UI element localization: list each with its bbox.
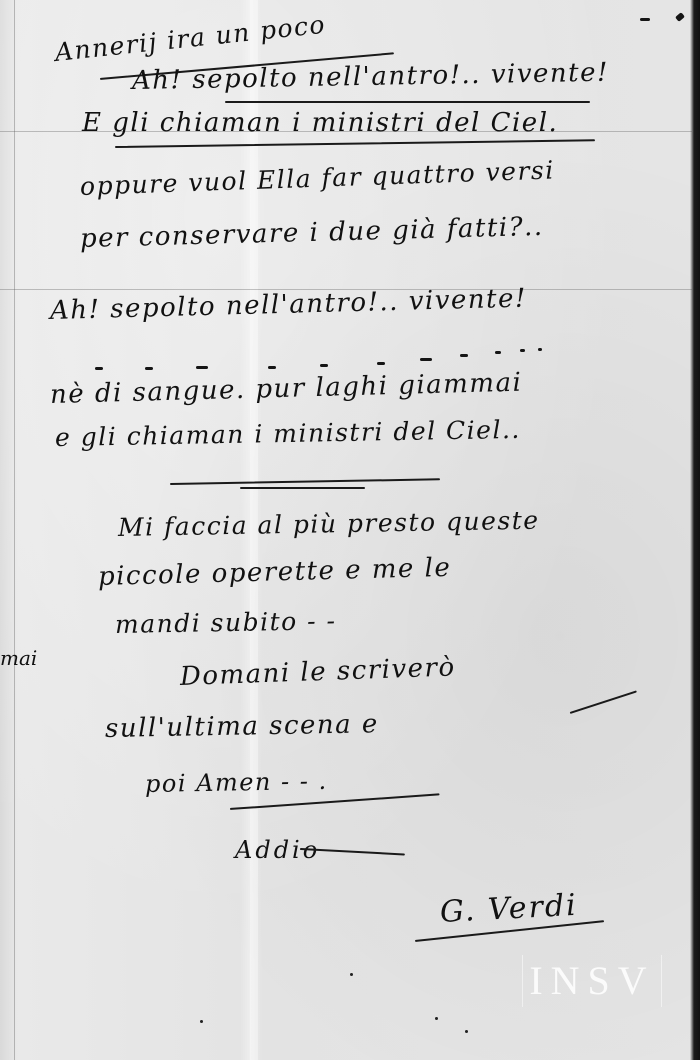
letter-page: Annerij ira un poco Ah! sepolto nell'ant… — [0, 0, 700, 1060]
underline — [240, 487, 365, 489]
ink-speck — [435, 1017, 438, 1020]
ink-dash — [377, 362, 385, 365]
ink-dash — [520, 349, 525, 352]
text-line-2: Ah! sepolto nell'antro!.. vivente! — [132, 58, 609, 96]
ink-dash — [495, 351, 501, 354]
signature: G. Verdi — [439, 888, 578, 930]
ink-dash — [460, 354, 468, 357]
text-line-10: Mi faccia al più presto queste — [118, 506, 540, 542]
ink-speck — [465, 1030, 468, 1033]
text-line-9: e gli chiaman i ministri del Ciel.. — [55, 415, 521, 452]
ink-dash — [538, 348, 542, 351]
ink-mark — [640, 18, 650, 21]
text-line-13: Domani le scriverò — [179, 652, 456, 692]
text-line-5: per conservare i due già fatti?.. — [80, 212, 544, 254]
margin-note: mai — [0, 646, 37, 670]
underline — [225, 101, 590, 103]
text-line-4: oppure vuol Ella far quattro versi — [79, 155, 555, 201]
ink-dash — [95, 367, 103, 370]
flourish — [570, 690, 637, 714]
text-line-15: poi Amen - - . — [145, 767, 328, 798]
text-line-3: E gli chiaman i ministri del Ciel. — [82, 108, 558, 138]
margin-line — [14, 0, 15, 1060]
underline — [115, 139, 595, 147]
ink-speck — [200, 1020, 203, 1023]
underline — [170, 478, 440, 484]
ink-dash — [145, 367, 153, 370]
text-line-12: mandi subito - - — [115, 606, 337, 639]
ink-mark — [675, 12, 685, 22]
ink-dash — [268, 366, 276, 369]
text-line-8: nè di sangue. pur laghi giammai — [50, 368, 523, 410]
text-line-11: piccole operette e me le — [98, 553, 452, 592]
ink-dash — [320, 364, 328, 367]
watermark: INSV — [522, 955, 662, 1007]
text-line-14: sull'ultima scena e — [105, 709, 379, 744]
ink-speck — [350, 973, 353, 976]
ink-dash — [196, 366, 208, 369]
ink-dash — [420, 358, 432, 361]
text-line-1: Annerij ira un poco — [53, 10, 327, 67]
closing-addio: Addio — [235, 836, 320, 864]
